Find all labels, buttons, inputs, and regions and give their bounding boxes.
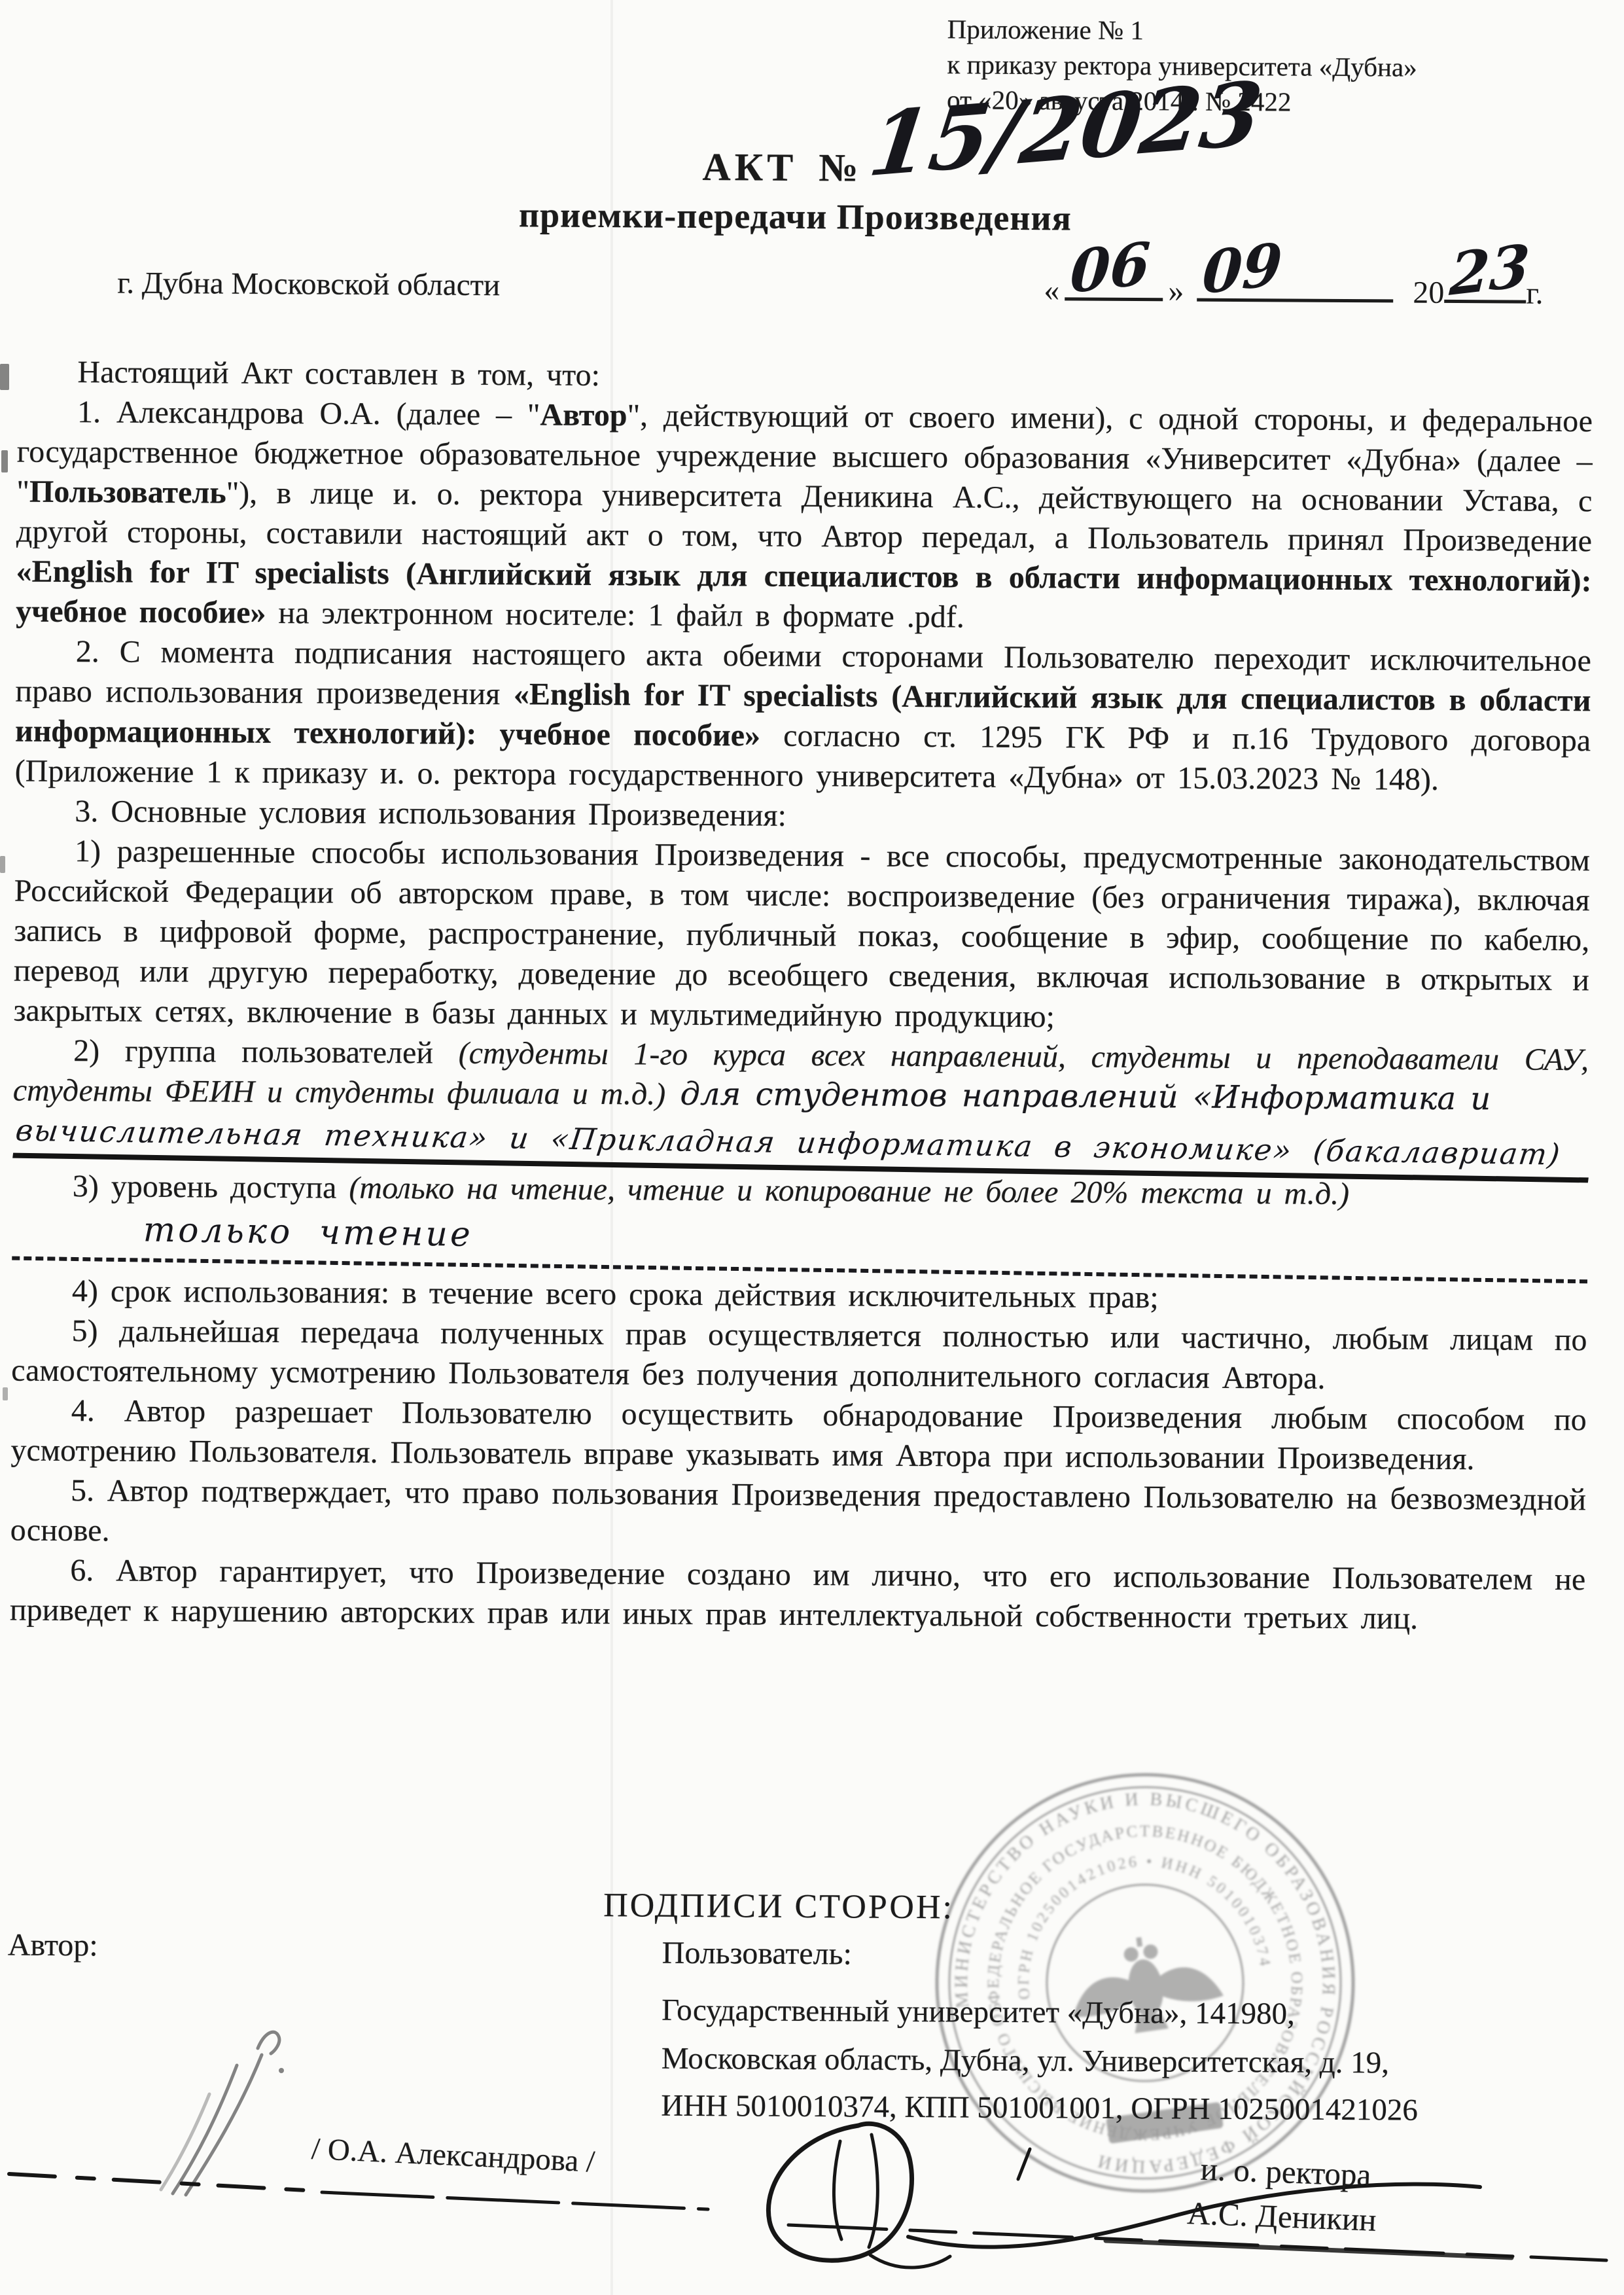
user-label: Пользователь: xyxy=(662,1935,852,1972)
document-body: Настоящий Акт составлен в том, что: 1. А… xyxy=(10,352,1593,1640)
act-subtitle: приемки-передачи Произведения xyxy=(519,194,1072,238)
place-line: г. Дубна Московской области xyxy=(117,266,500,304)
date-day-blank: 06 xyxy=(1065,258,1163,301)
scanner-streak xyxy=(610,0,613,2295)
user-org-line: Государственный университет «Дубна», 141… xyxy=(662,1993,1295,2032)
rector-title: и. о. ректора xyxy=(1200,2150,1372,2194)
paragraph-4: 4. Автор разрешает Пользователю осуществ… xyxy=(10,1391,1587,1480)
signatures-heading: ПОДПИСИ СТОРОН: xyxy=(603,1886,954,1927)
paragraph-3-5: 5) дальнейшая передача полученных прав о… xyxy=(11,1311,1587,1400)
user-requisites-line: ИНН 5010010374, КПП 501001001, ОГРН 1025… xyxy=(661,2088,1418,2128)
scan-speck xyxy=(0,856,5,873)
quote-close: » xyxy=(1168,274,1184,308)
date-year-handwritten: 23 xyxy=(1448,231,1532,310)
date-day-handwritten: 06 xyxy=(1068,228,1152,307)
document-content: Приложение № 1 к приказу ректора универс… xyxy=(0,0,1624,2295)
date-month-blank: 09 xyxy=(1197,259,1393,303)
handwritten-access-note: только чтение xyxy=(143,1211,473,1254)
annex-line-1: Приложение № 1 xyxy=(947,11,1418,49)
paragraph-1: 1. Александрова О.А. (далее – "Автор", д… xyxy=(16,392,1593,641)
paragraph-5: 5. Автор подтверждает, что право пользов… xyxy=(10,1470,1587,1560)
scan-speck xyxy=(0,364,9,390)
user-address-line: Московская область, Дубна, ул. Университ… xyxy=(662,2041,1390,2081)
act-number-handwritten: 15/2023 xyxy=(864,62,1268,197)
rector-name: А.С. Деникин xyxy=(1186,2194,1377,2239)
date-year-prefix: 20 xyxy=(1413,276,1444,310)
paragraph-2: 2. С момента подписания настоящего акта … xyxy=(15,632,1591,801)
scanned-document-page: МИНИСТЕРСТВО НАУКИ И ВЫСШЕГО ОБРАЗОВАНИЯ… xyxy=(0,0,1624,2295)
paragraph-3-2: 2) группа пользователей (студенты 1-го к… xyxy=(13,1031,1589,1120)
date-month-handwritten: 09 xyxy=(1201,229,1284,308)
scan-speck xyxy=(1,450,8,472)
paragraph-6: 6. Автор гарантирует, что Произведение с… xyxy=(10,1550,1586,1640)
quote-open: « xyxy=(1044,273,1059,308)
date-line: «06»092023г. xyxy=(1044,258,1544,311)
date-year-blank: 23 xyxy=(1444,260,1526,304)
act-title: АКТ № xyxy=(702,145,862,190)
author-label: Автор: xyxy=(8,1927,98,1964)
paragraph-3-1: 1) разрешенные способы использования Про… xyxy=(13,831,1590,1041)
scan-speck xyxy=(3,1387,8,1400)
author-name: / О.А. Александрова / xyxy=(311,2131,596,2180)
